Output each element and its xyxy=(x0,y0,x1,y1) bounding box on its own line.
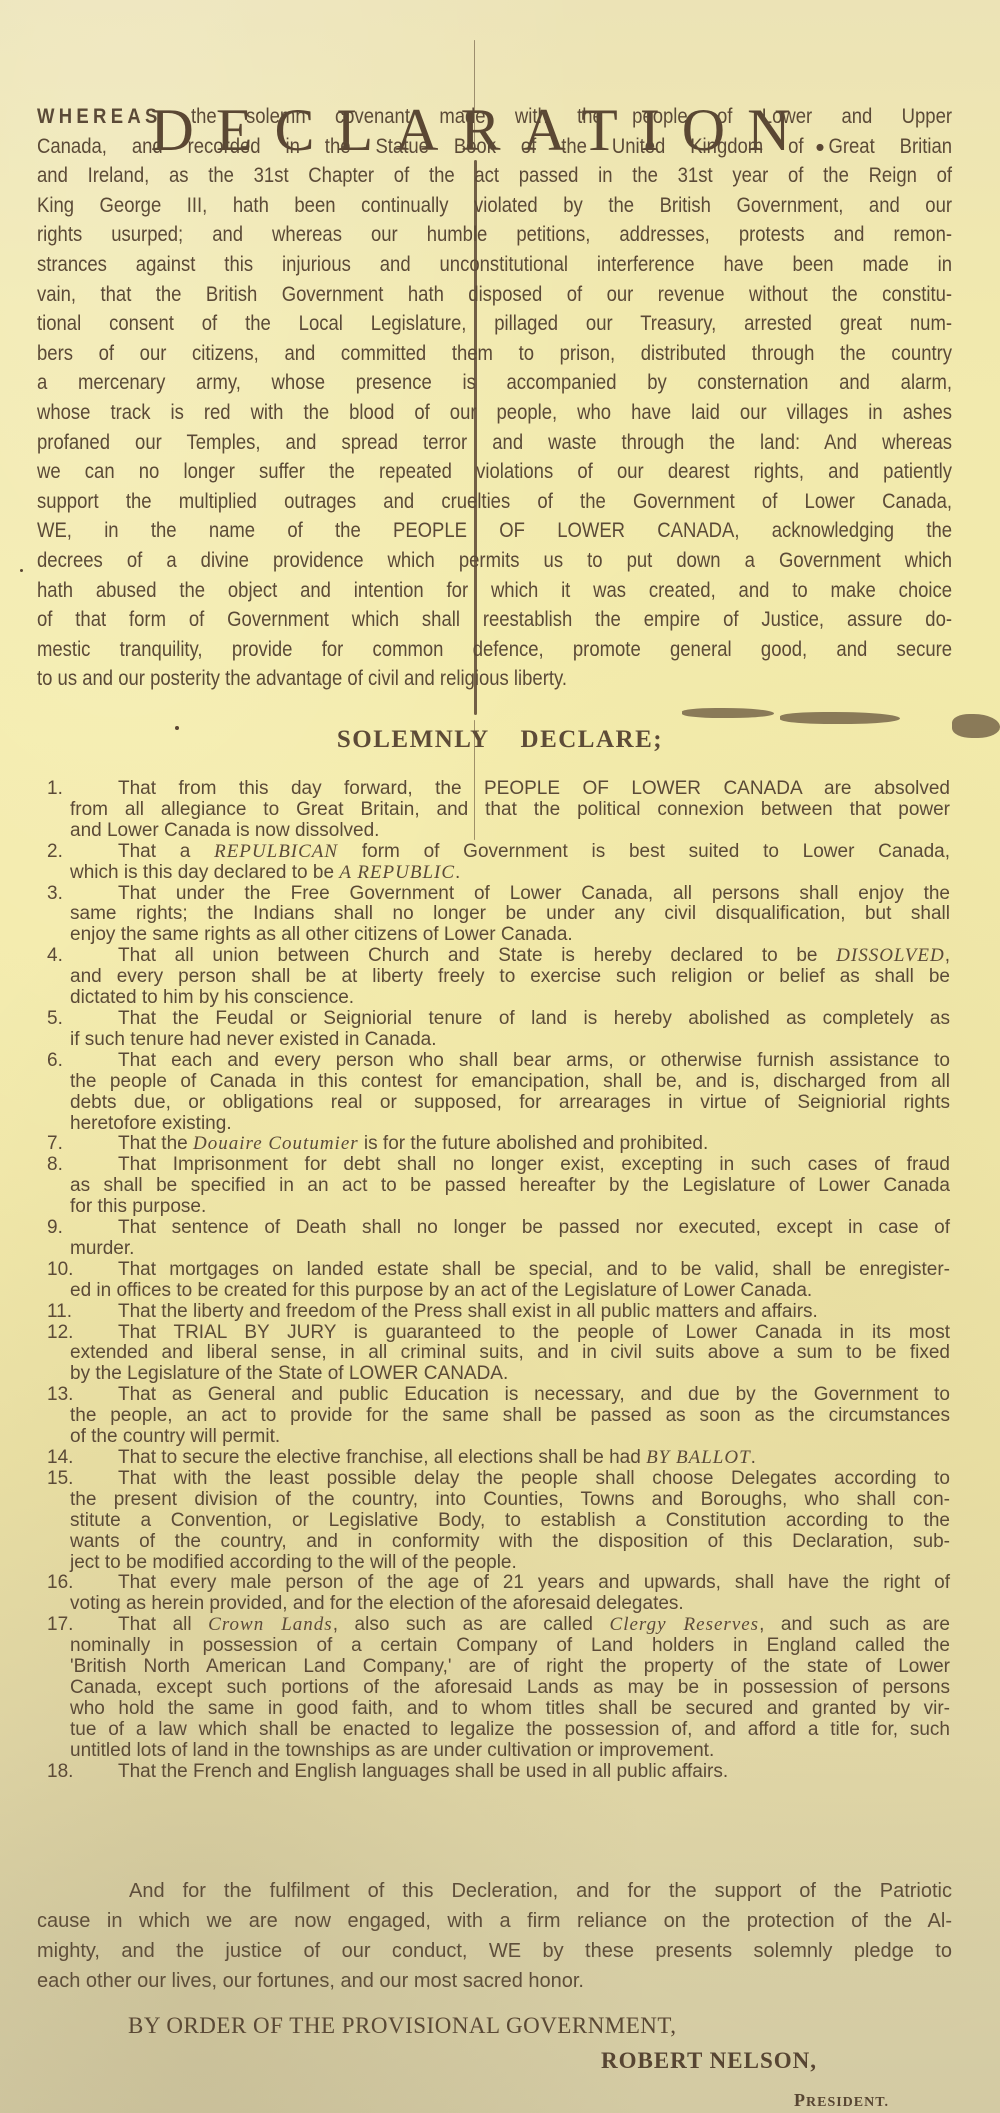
preamble-line: Canada, and recorded in the Statue Book … xyxy=(37,132,952,162)
article-line: That a REPULBICAN form of Government is … xyxy=(70,842,950,863)
article-line: That mortgages on landed estate shall be… xyxy=(70,1260,950,1281)
preamble-line: bers of our citizens, and committed them… xyxy=(37,339,952,369)
whereas-opening: WHEREAS xyxy=(37,104,162,128)
preamble-line: hath abused the object and intention for… xyxy=(37,576,952,606)
article-number: 2. xyxy=(47,842,63,863)
article-line: and Lower Canada is now dissolved. xyxy=(70,821,950,842)
emphasis: Clergy Reserves xyxy=(610,1614,760,1635)
article-line: That the Douaire Coutumier is for the fu… xyxy=(70,1134,950,1155)
article-number: 5. xyxy=(47,1009,63,1030)
preamble-line: profaned our Temples, and spread terror … xyxy=(37,428,952,458)
preamble-line: we can no longer suffer the repeated vio… xyxy=(37,457,952,487)
article-item: 5.That the Feudal or Seigniorial tenure … xyxy=(47,1009,950,1051)
article-line: ject to be modified according to the wil… xyxy=(70,1553,950,1574)
article-line: Canada, except such portions of the afor… xyxy=(70,1678,950,1699)
article-line: That each and every person who shall bea… xyxy=(70,1051,950,1072)
preamble-line: strances against this injurious and unco… xyxy=(37,250,952,280)
article-item: 8.That Imprisonment for debt shall no lo… xyxy=(47,1155,950,1218)
signer-title: PRESIDENT. xyxy=(794,2090,889,2111)
article-line: same rights; the Indians shall no longer… xyxy=(70,904,950,925)
preamble-line: WE, in the name of the PEOPLE OF LOWER C… xyxy=(37,516,952,546)
article-number: 12. xyxy=(47,1323,73,1344)
article-line: the people, an act to provide for the sa… xyxy=(70,1406,950,1427)
article-item: 2.That a REPULBICAN form of Government i… xyxy=(47,842,950,884)
declare-heading-text: SOLEMNLY DECLARE; xyxy=(337,726,663,753)
article-number: 18. xyxy=(47,1762,73,1783)
article-line: stitute a Convention, or Legislative Bod… xyxy=(70,1511,950,1532)
preamble-line: of that form of Government which shall r… xyxy=(37,605,952,635)
article-item: 16.That every male person of the age of … xyxy=(47,1573,950,1615)
closing-line: And for the fulfilment of this Declerati… xyxy=(37,1876,952,1906)
article-line: nominally in possession of a certain Com… xyxy=(70,1636,950,1657)
preamble-line: decrees of a divine providence which per… xyxy=(37,546,952,576)
preamble-line: mestic tranquility, provide for common d… xyxy=(37,635,952,665)
article-number: 11. xyxy=(47,1302,72,1323)
article-line: That sentence of Death shall no longer b… xyxy=(70,1218,950,1239)
emphasis: A REPUBLIC xyxy=(339,862,455,883)
article-line: who hold the same in good faith, and to … xyxy=(70,1699,950,1720)
article-line: if such tenure had never existed in Cana… xyxy=(70,1030,950,1051)
article-line: That to secure the elective franchise, a… xyxy=(70,1448,950,1469)
emphasis: DISSOLVED xyxy=(836,945,945,966)
article-line: ed in offices to be created for this pur… xyxy=(70,1281,950,1302)
article-item: 18.That the French and English languages… xyxy=(47,1762,950,1783)
preamble-line: and Ireland, as the 31st Chapter of the … xyxy=(37,161,952,191)
article-number: 4. xyxy=(47,946,63,967)
signer-name: ROBERT NELSON, xyxy=(601,2048,817,2074)
article-line: That every male person of the age of 21 … xyxy=(70,1573,950,1594)
article-line: for this purpose. xyxy=(70,1197,950,1218)
preamble-line: rights usurped; and whereas our humble p… xyxy=(37,220,952,250)
preamble-line: vain, that the British Government hath d… xyxy=(37,280,952,310)
article-number: 15. xyxy=(47,1469,73,1490)
article-number: 1. xyxy=(47,779,63,800)
article-item: 7.That the Douaire Coutumier is for the … xyxy=(47,1134,950,1155)
ink-stain xyxy=(682,708,774,718)
emphasis: Crown Lands xyxy=(208,1614,333,1635)
preamble: WHEREAS the solemn covenant made with th… xyxy=(37,102,952,694)
article-item: 6.That each and every person who shall b… xyxy=(47,1051,950,1135)
article-number: 16. xyxy=(47,1573,73,1594)
emphasis: REPULBICAN xyxy=(214,841,338,862)
articles-list: 1.That from this day forward, the PEOPLE… xyxy=(47,779,950,1783)
article-number: 10. xyxy=(47,1260,73,1281)
closing-line: each other our lives, our fortunes, and … xyxy=(37,1966,952,1996)
article-line: That under the Free Government of Lower … xyxy=(70,884,950,905)
preamble-line: support the multiplied outrages and crue… xyxy=(37,487,952,517)
article-item: 3.That under the Free Government of Lowe… xyxy=(47,884,950,947)
article-item: 4.That all union between Church and Stat… xyxy=(47,946,950,1009)
article-number: 9. xyxy=(47,1218,63,1239)
article-number: 3. xyxy=(47,884,63,905)
closing-paragraph: And for the fulfilment of this Declerati… xyxy=(37,1876,952,1996)
preamble-line: WHEREAS the solemn covenant made with th… xyxy=(37,102,952,132)
article-number: 6. xyxy=(47,1051,63,1072)
article-line: That the French and English languages sh… xyxy=(70,1762,950,1783)
article-line: That the liberty and freedom of the Pres… xyxy=(70,1302,950,1323)
article-line: That Imprisonment for debt shall no long… xyxy=(70,1155,950,1176)
ink-stain xyxy=(780,712,900,724)
preamble-line: to us and our posterity the advantage of… xyxy=(37,664,952,694)
article-line: the present division of the country, int… xyxy=(70,1490,950,1511)
article-item: 10.That mortgages on landed estate shall… xyxy=(47,1260,950,1302)
article-line: of the country will permit. xyxy=(70,1427,950,1448)
emphasis: BY BALLOT xyxy=(646,1447,751,1468)
article-item: 11.That the liberty and freedom of the P… xyxy=(47,1302,950,1323)
preamble-line: King George III, hath been continually v… xyxy=(37,191,952,221)
preamble-line: tional consent of the Local Legislature,… xyxy=(37,309,952,339)
article-line: dictated to him by his conscience. xyxy=(70,988,950,1009)
article-item: 15.That with the least possible delay th… xyxy=(47,1469,950,1574)
article-line: enjoy the same rights as all other citiz… xyxy=(70,925,950,946)
article-line: which is this day declared to be A REPUB… xyxy=(70,863,950,884)
article-line: from all allegiance to Great Britain, an… xyxy=(70,800,950,821)
article-line: That TRIAL BY JURY is guaranteed to the … xyxy=(70,1323,950,1344)
article-line: That all Crown Lands, also such as are c… xyxy=(70,1615,950,1636)
article-line: tue of a law which shall be enacted to l… xyxy=(70,1720,950,1741)
article-line: heretofore existing. xyxy=(70,1114,950,1135)
article-number: 13. xyxy=(47,1385,73,1406)
article-line: That with the least possible delay the p… xyxy=(70,1469,950,1490)
article-line: as shall be specified in an act to be pa… xyxy=(70,1176,950,1197)
preamble-line: whose track is red with the blood of our… xyxy=(37,398,952,428)
article-line: debts due, or obligations real or suppos… xyxy=(70,1093,950,1114)
article-item: 17.That all Crown Lands, also such as ar… xyxy=(47,1615,950,1761)
article-line: untitled lots of land in the townships a… xyxy=(70,1741,950,1762)
declare-heading: SOLEMNLY DECLARE; xyxy=(0,726,1000,754)
article-number: 8. xyxy=(47,1155,63,1176)
article-line: and every person shall be at liberty fre… xyxy=(70,967,950,988)
article-line: by the Legislature of the State of LOWER… xyxy=(70,1364,950,1385)
article-line: extended and liberal sense, in all crimi… xyxy=(70,1343,950,1364)
article-line: That as General and public Education is … xyxy=(70,1385,950,1406)
article-item: 12.That TRIAL BY JURY is guaranteed to t… xyxy=(47,1323,950,1386)
article-line: That the Feudal or Seigniorial tenure of… xyxy=(70,1009,950,1030)
article-line: 'British North American Land Company,' a… xyxy=(70,1657,950,1678)
emphasis: Douaire Coutumier xyxy=(193,1133,359,1154)
closing-line: mighty, and the justice of our conduct, … xyxy=(37,1936,952,1966)
article-number: 14. xyxy=(47,1448,73,1469)
article-line: That all union between Church and State … xyxy=(70,946,950,967)
authority-line: BY ORDER OF THE PROVISIONAL GOVERNMENT, xyxy=(128,2013,677,2039)
article-item: 1.That from this day forward, the PEOPLE… xyxy=(47,779,950,842)
article-line: voting as herein provided, and for the e… xyxy=(70,1594,950,1615)
article-line: the people of Canada in this contest for… xyxy=(70,1072,950,1093)
article-item: 9.That sentence of Death shall no longer… xyxy=(47,1218,950,1260)
article-line: That from this day forward, the PEOPLE O… xyxy=(70,779,950,800)
article-number: 17. xyxy=(47,1615,73,1636)
article-item: 13.That as General and public Education … xyxy=(47,1385,950,1448)
article-number: 7. xyxy=(47,1134,63,1155)
article-item: 14.That to secure the elective franchise… xyxy=(47,1448,950,1469)
preamble-line: a mercenary army, whose presence is acco… xyxy=(37,368,952,398)
article-line: wants of the country, and in conformity … xyxy=(70,1532,950,1553)
article-line: murder. xyxy=(70,1239,950,1260)
speck xyxy=(20,569,23,572)
closing-line: cause in which we are now engaged, with … xyxy=(37,1906,952,1936)
